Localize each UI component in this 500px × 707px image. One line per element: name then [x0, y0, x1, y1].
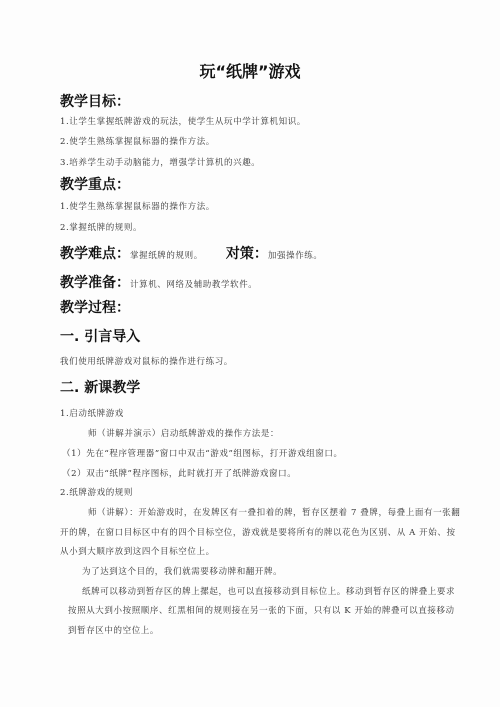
sub1-heading: 1.启动纸牌游戏: [60, 410, 124, 419]
key-points-heading: 教学重点：: [60, 178, 130, 192]
sub1-step: （2）双击“纸牌”程序图标，此时就打开了纸牌游戏窗口。: [62, 470, 296, 479]
objective-item: 1.让学生掌握纸牌游戏的玩法，使学生从玩中学计算机知识。: [60, 118, 306, 127]
sub2-para1-line: 从小到大顺序放到这四个目标空位上。: [60, 548, 215, 557]
difficulty-value: 掌握纸牌的规则。: [130, 251, 203, 261]
preparation-row: 教学准备：计算机、网络及辅助教学软件。: [60, 274, 257, 290]
sub2-para3-line: 按照从大到小按照顺序、红黑相间的规则接在另一张的下面，只有以 K 开始的牌叠可以…: [68, 607, 455, 616]
sub2-heading: 2.纸牌游戏的规则: [60, 489, 133, 498]
strategy-value: 加强操作练。: [268, 251, 323, 261]
process-heading: 教学过程：: [60, 301, 130, 315]
section1-text: 我们使用纸牌游戏对鼠标的操作进行练习。: [60, 358, 233, 367]
objective-item: 3.培养学生动手动脑能力，增强学计算机的兴趣。: [60, 159, 260, 168]
difficulty-label: 教学难点：: [60, 246, 130, 262]
sub2-para2: 为了达到这个目的，我们就需要移动牌和翻开牌。: [82, 568, 282, 577]
objective-item: 2.使学生熟练掌握鼠标器的操作方法。: [60, 138, 215, 147]
key-point-item: 2.掌握纸牌的规则。: [60, 224, 142, 233]
difficulty-row: 教学难点：掌握纸牌的规则。 对策：加强操作练。: [60, 245, 323, 261]
key-point-item: 1.使学生熟练掌握鼠标器的操作方法。: [60, 203, 215, 212]
sub2-para1-line: 开的牌，在窗口目标区中有的四个目标空位，游戏就是要将所有的牌以花色为区别、从 A…: [60, 529, 456, 538]
preparation-value: 计算机、网络及辅助教学软件。: [130, 280, 257, 290]
sub1-intro: 师（讲解并演示）启动纸牌游戏的操作方法是：: [88, 430, 279, 439]
document-title: 玩“纸牌”游戏: [0, 64, 500, 80]
preparation-label: 教学准备：: [60, 275, 130, 291]
sub2-para3-line: 到暂存区中的空位上。: [68, 627, 159, 636]
section2-heading: 二. 新课教学: [60, 381, 140, 395]
objectives-heading: 教学目标：: [60, 95, 130, 109]
section1-heading: 一. 引言导入: [60, 330, 140, 344]
sub2-para1-line: 师（讲解）：开始游戏时，在发牌区有一叠扣着的牌，暂存区摆着 7 叠牌，每叠上面有…: [88, 509, 460, 518]
sub2-para3-line: 纸牌可以移动到暂存区的牌上摞起，也可以直接移动到目标位上。移动到暂存区的牌叠上要…: [82, 588, 455, 597]
strategy-label: 对策：: [226, 246, 268, 262]
sub1-step: （1）先在“程序管理器”窗口中双击“游戏”组图标，打开游戏组窗口。: [62, 450, 343, 459]
